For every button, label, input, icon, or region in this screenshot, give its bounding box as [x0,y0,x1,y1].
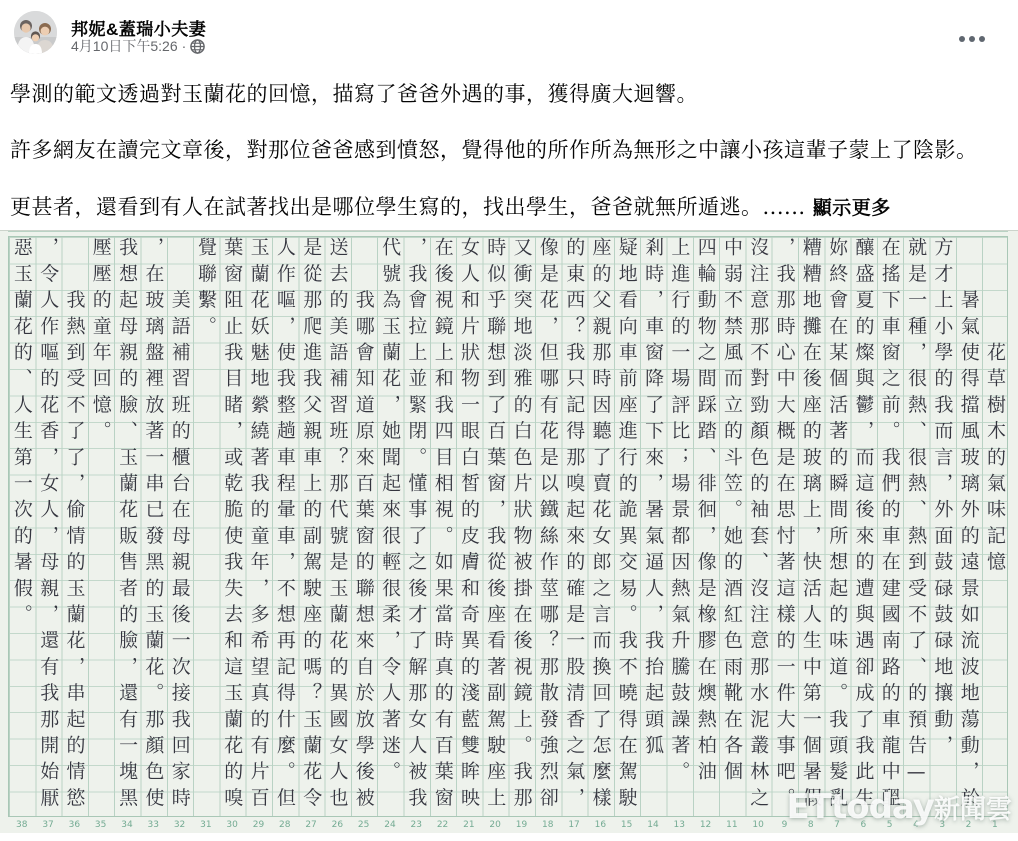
manuscript-column: 就是一種，很熱、很熱、熱到受不了、的預告— [903,237,929,819]
manuscript-column: 妳終會在某個活著的瞬間所想起的味道。我頭髮亂 [824,237,850,819]
manuscript-column: 時似乎聯想到了百葉窗，我從後座看著副駕駛座上 [482,237,508,819]
manuscript-column: 的東西？我只記得那嗅起來的確是一股清香之氣， [561,237,587,819]
manuscript-column: 我熱到受不了了，偷情的玉蘭花，串起的情慾 [61,237,87,819]
column-number: 8 [798,820,824,830]
column-number: 3 [929,820,955,830]
column-number: 15 [614,820,640,830]
column-number: 27 [298,820,324,830]
column-number: 19 [508,820,534,830]
facebook-post: 邦妮&蓋瑞小夫妻 4月10日下午5:26 · 學測的範文透過對玉蘭花的回憶，描寫… [0,0,1018,841]
post-paragraph: 許多網友在讀完文章後，對那位爸爸感到憤怒，覺得他的所作所為無形之中讓小孩這輩子蒙… [10,138,1008,162]
column-number: 10 [745,820,771,830]
column-number: 31 [193,820,219,830]
more-options-icon [959,36,965,42]
column-number: 26 [324,820,350,830]
column-number: 35 [88,820,114,830]
manuscript-column: 在後視鏡上和我四目相視。如果當時真的有百葉窗 [429,237,455,819]
manuscript-column: 剎時，車窗降了下來，暑氣逼人，我抬起頭狐 [640,237,666,819]
manuscript-column: 壓壓的童年回憶。 [88,237,114,819]
manuscript-column: 人作嘔，使我整趟車程暈車，不想再記得什麼。但 [272,237,298,819]
column-number: 12 [692,820,718,830]
column-number: 9 [771,820,797,830]
column-number: 25 [351,820,377,830]
column-number: 7 [824,820,850,830]
manuscript-column: ，令人作嘔的花香，女人，母親，還有我那開始厭 [35,237,61,819]
manuscript-column: 美語補習班的櫃台在母親最後一次接我回家時 [166,237,192,819]
post-header: 邦妮&蓋瑞小夫妻 4月10日下午5:26 · [0,0,1018,58]
column-number: 5 [877,820,903,830]
manuscript-column: 暑氣使得擋風玻璃外的遠景如流波地蕩動，於 [955,237,981,819]
column-number: 24 [377,820,403,830]
column-number: 4 [903,820,929,830]
column-number: 20 [482,820,508,830]
column-number: 30 [219,820,245,830]
column-number: 36 [61,820,87,830]
meta-separator: · [182,38,187,54]
column-number: 6 [850,820,876,830]
column-number: 18 [535,820,561,830]
manuscript-column: 四輪動物之間踩踏、徘徊，像是橡膠在燠熱柏油 [692,237,718,819]
profile-avatar[interactable] [14,11,57,54]
manuscript-column: 釀盛夏的燦與鬱，而這後來的遭與遇卻成了我此生 [850,237,876,819]
globe-icon [190,39,205,54]
manuscript-column: 像是花，但哪有花是以鐵絲作莖哪？那散發強烈卻 [535,237,561,819]
column-number: 33 [140,820,166,830]
manuscript-column: 糟糟地攤在後座的玻璃上，快活人生中第一個暑假 [798,237,824,819]
column-number: 2 [955,820,981,830]
post-paragraph: 更甚者，還看到有人在試著找出是哪位學生寫的，找出學生，爸爸就無所遁逃。.....… [10,195,1008,220]
manuscript-column: 座的父親那時因聽了賣花女郎之言而換回了怎麼樣 [587,237,613,819]
manuscript-column: 我想起母親的臉、玉蘭花販售者的臉，還有一塊黑 [114,237,140,819]
column-number: 1 [982,820,1008,830]
column-number: 21 [456,820,482,830]
column-number: 34 [114,820,140,830]
column-number: 16 [587,820,613,830]
manuscript-column: 送去的美語補習班？那代號是玉蘭花的異國女人也 [324,237,350,819]
manuscript-column: 中弱不禁風而立的斗笠。她的酒紅色雨靴在各個 [719,237,745,819]
manuscript-column: 惡玉蘭花的、人生第一次的暑假。 [9,237,35,819]
avatar-photo [14,11,57,54]
manuscript-column: 在搖下車窗之前。我們的車在建國南路的車龍中醞 [877,237,903,819]
manuscript-column: 上進行的一場評比；場景都因熱氣升騰鼓譟著。 [666,237,692,819]
manuscript-column: ，在玻璃盤裡放著一串已發黑的玉蘭花。那顏色使 [140,237,166,819]
manuscript-column: 玉蘭花妖魅地縈繞著我的童年，多希望真的有片百 [245,237,271,819]
manuscript-column: 覺聯繫。 [193,237,219,819]
post-image-manuscript[interactable]: 花草樹木的氣味記憶1 暑氣使得擋風玻璃外的遠景如流波地蕩動，於2方才上小學的我而… [0,230,1018,833]
paper-margin-line [8,231,1008,232]
column-number: 14 [640,820,666,830]
post-paragraph: 學測的範文透過對玉蘭花的回憶，描寫了爸爸外遇的事，獲得廣大迴響。 [10,82,1008,106]
manuscript-column: 葉窗阻止我目睹，或乾脆使我失去和這玉蘭花的嗅 [219,237,245,819]
more-options-button[interactable] [952,26,992,52]
manuscript-column: 代號為玉蘭花，她聞起來很輕很柔，令人著迷。 [377,237,403,819]
column-number: 32 [166,820,192,830]
column-number: 37 [35,820,61,830]
column-number: 11 [719,820,745,830]
manuscript-column: 疑地看向車前座進行的詭異交易。我不曉得在駕駛 [614,237,640,819]
manuscript-column: 花草樹木的氣味記憶 [982,237,1008,819]
post-paragraph-text: 更甚者，還看到有人在試著找出是哪位學生寫的，找出學生，爸爸就無所遁逃。 [10,195,763,219]
manuscript-column: ，我會拉上並緊閉。懂事了之後才了解那女人被我 [403,237,429,819]
column-number: 17 [561,820,587,830]
column-number: 22 [429,820,455,830]
manuscript-column: ，我那時心中大概是在思忖著這樣的一件大事吧。 [771,237,797,819]
see-more-button[interactable]: 顯示更多 [813,197,891,219]
column-number: 38 [9,820,35,830]
column-number: 29 [245,820,271,830]
manuscript-column: 女人和片狀物一眼白皙的皮膚和奇異的淺藍雙眸映 [456,237,482,819]
timestamp[interactable]: 4月10日下午5:26 [71,36,178,56]
post-text: 學測的範文透過對玉蘭花的回憶，描寫了爸爸外遇的事，獲得廣大迴響。 許多網友在讀完… [0,82,1018,220]
column-number: 13 [666,820,692,830]
manuscript-column: 我哪會知道原來百葉窗的聯想來自於放學後被 [351,237,377,819]
post-meta: 4月10日下午5:26 · [71,37,205,55]
column-number: 28 [272,820,298,830]
manuscript-column: 又衝突地淡雅的白色片狀物被掛在後視鏡上。我那 [508,237,534,819]
manuscript-column: 方才上小學的我而言，外面鼓碌鼓碌地攘動， [929,237,955,819]
column-number: 23 [403,820,429,830]
truncation-ellipsis: ...... [763,195,806,219]
manuscript-column: 是從那爬進我父親車上的副駕駛座的嗎？玉蘭花令 [298,237,324,819]
manuscript-column: 沒注意那不對勁顏色的袖套、沒注意那水泥叢林之 [745,237,771,819]
